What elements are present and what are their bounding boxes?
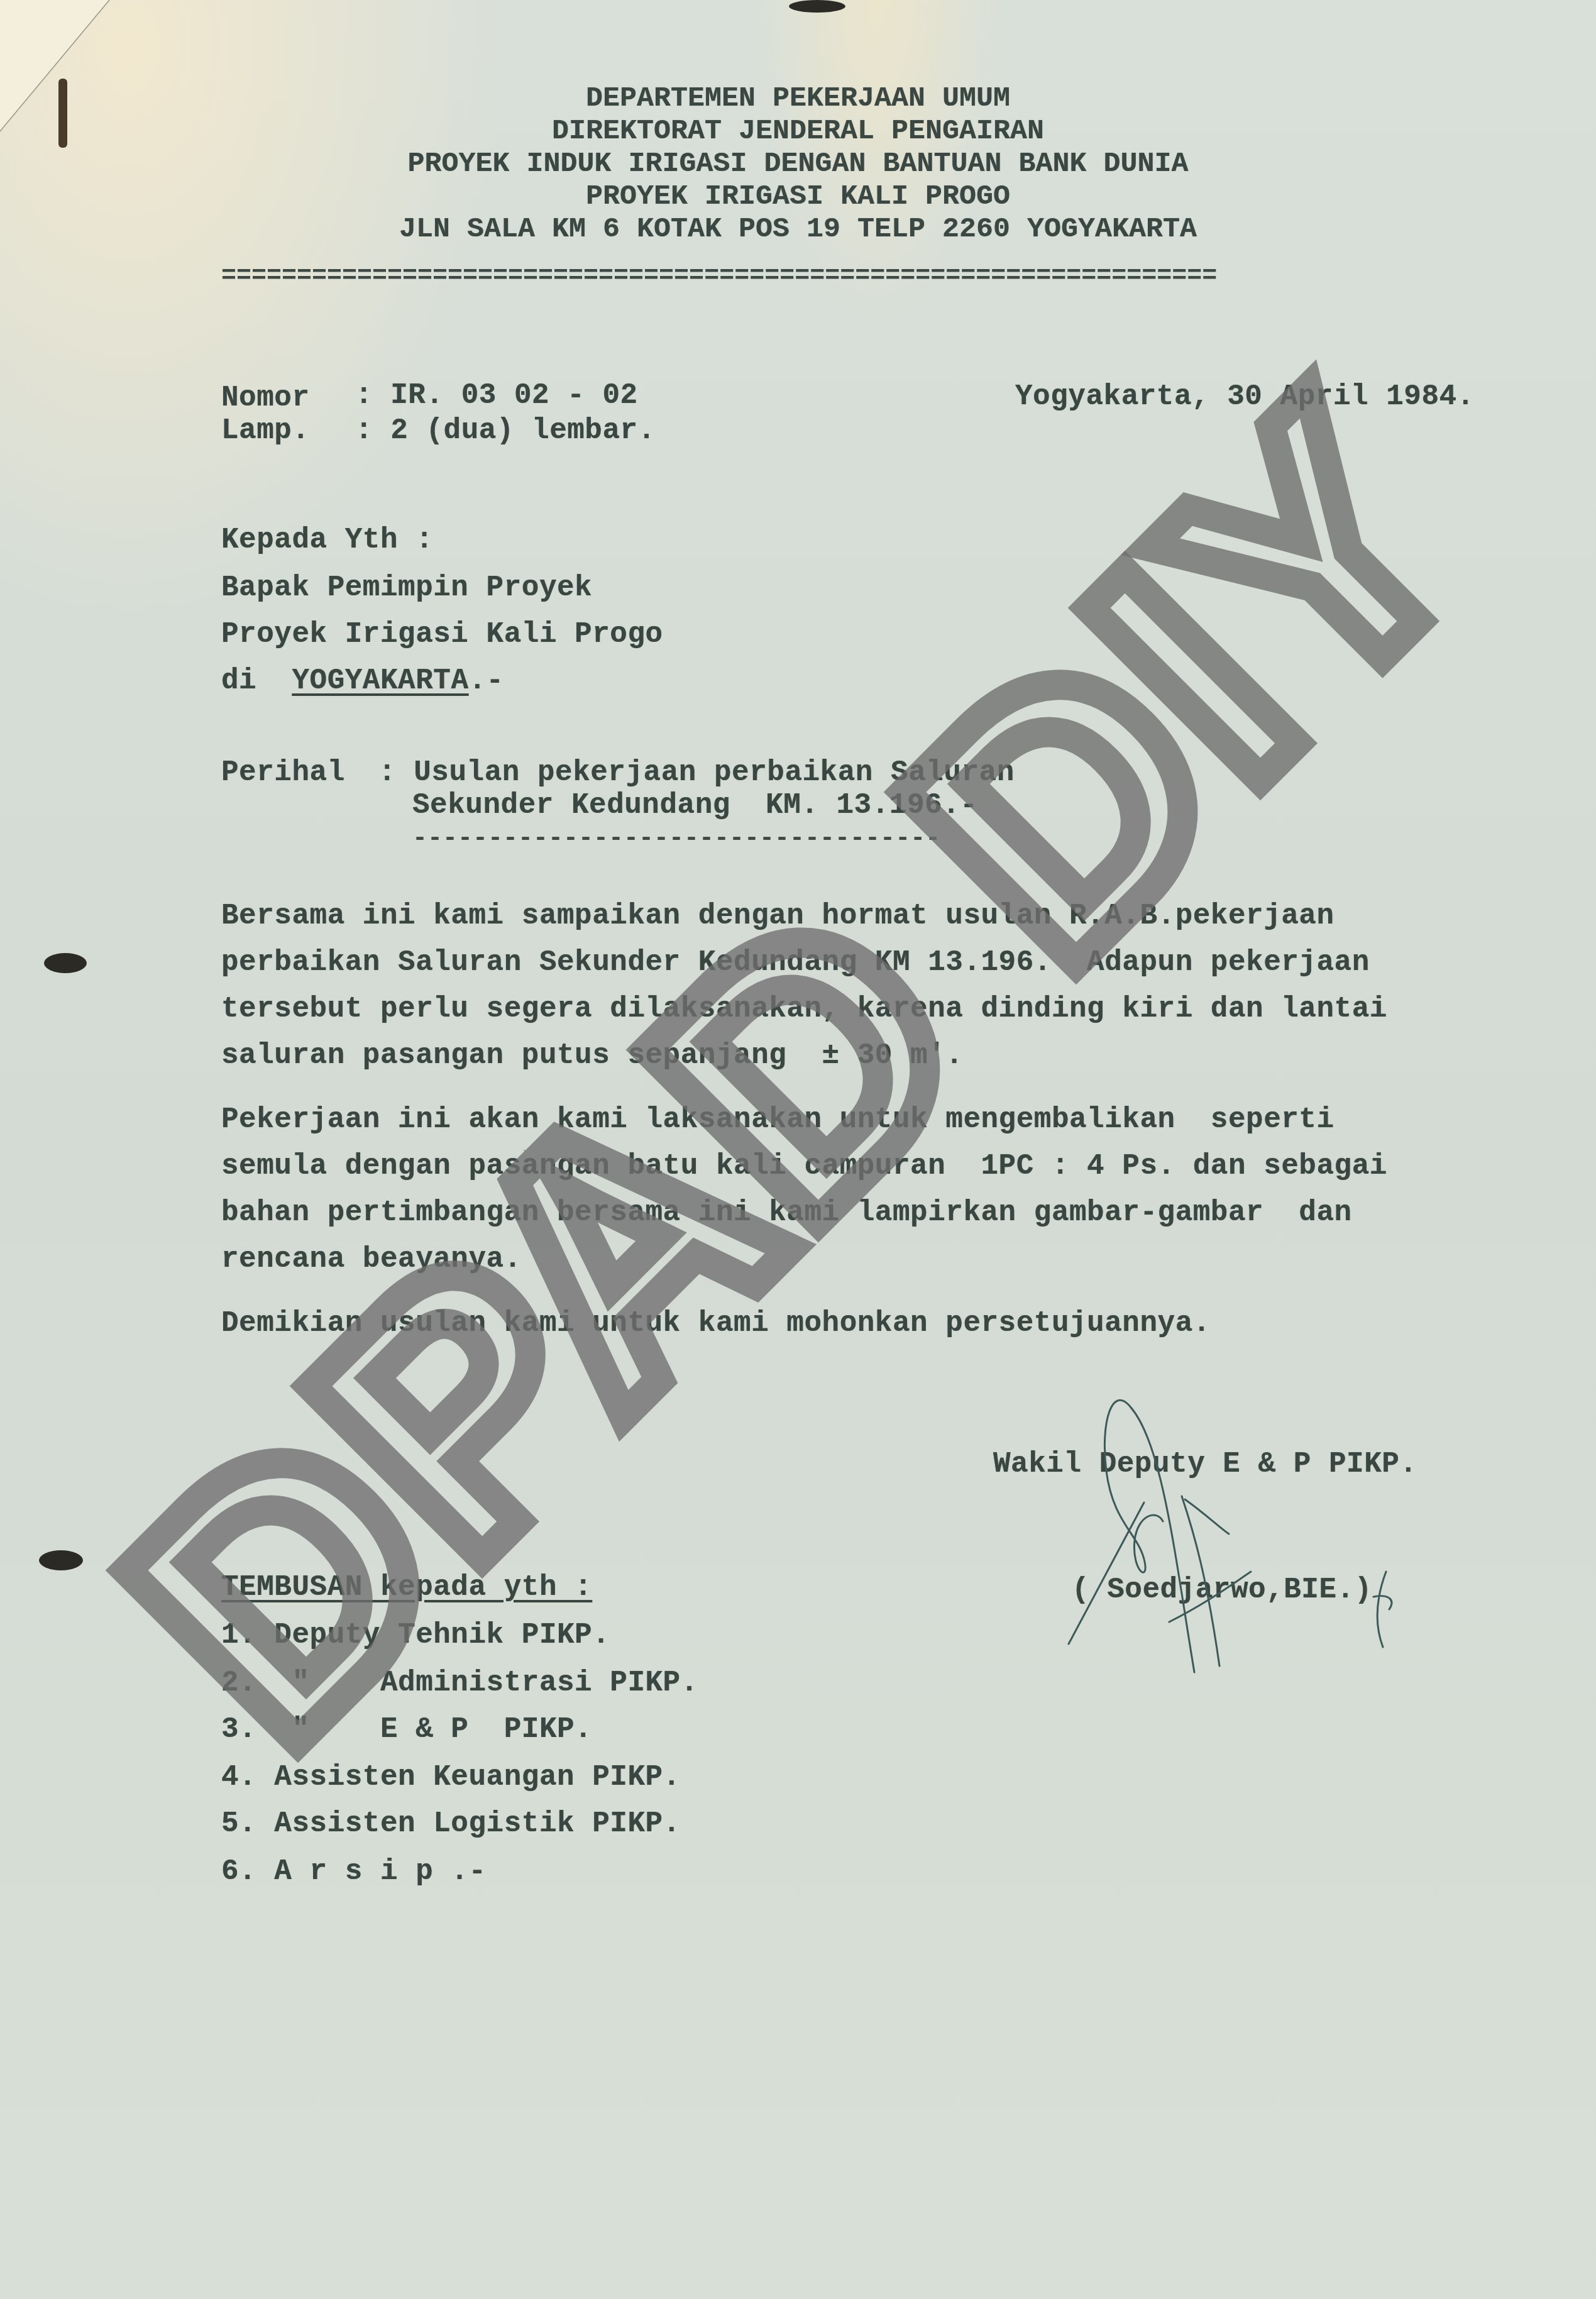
- lampiran-label: Lamp.: [221, 416, 310, 445]
- letterhead-rule: ========================================…: [221, 263, 1416, 291]
- copies-heading: TEMBUSAN kepada yth :: [221, 1573, 592, 1602]
- subject-line-1: : Usulan pekerjaan perbaikan Saluran: [378, 758, 1015, 787]
- body-para2-line-4: rencana beayanya.: [221, 1245, 522, 1274]
- recipient-city-suffix: .-: [468, 664, 504, 697]
- ink-blot: [789, 0, 845, 13]
- document-page: DEPARTEMEN PEKERJAAN UMUM DIREKTORAT JEN…: [0, 0, 1596, 2299]
- copies-item-1: 1. Deputy Tehnik PIKP.: [221, 1621, 610, 1650]
- copies-item-6: 6. A r s i p .-: [221, 1857, 487, 1886]
- letterhead-line-5: JLN SALA KM 6 KOTAK POS 19 TELP 2260 YOG…: [0, 215, 1596, 243]
- body-para2-line-3: bahan pertimbangan bersama ini kami lamp…: [221, 1198, 1352, 1227]
- copies-item-4: 4. Assisten Keuangan PIKP.: [221, 1763, 681, 1792]
- recipient-line-1: Bapak Pemimpin Proyek: [221, 573, 592, 602]
- body-para1-line-2: perbaikan Saluran Sekunder Kedundang KM …: [221, 948, 1370, 977]
- body-para1-line-3: tersebut perlu segera dilaksanakan, kare…: [221, 995, 1387, 1023]
- recipient-city-line: di YOGYAKARTA.-: [221, 666, 504, 695]
- recipient-salutation: Kepada Yth :: [221, 526, 433, 554]
- recipient-line-2: Proyek Irigasi Kali Progo: [221, 620, 663, 649]
- signatory-title: Wakil Deputy E & P PIKP.: [993, 1450, 1417, 1479]
- recipient-city: YOGYAKARTA: [292, 664, 468, 697]
- letterhead-line-1: DEPARTEMEN PEKERJAAN UMUM: [0, 84, 1596, 113]
- punch-hole-top: [44, 953, 87, 973]
- copies-item-3: 3. " E & P PIKP.: [221, 1715, 592, 1744]
- subject-label: Perihal: [221, 758, 345, 787]
- letterhead-line-3: PROYEK INDUK IRIGASI DENGAN BANTUAN BANK…: [0, 150, 1596, 178]
- nomor-label: Nomor: [221, 383, 310, 412]
- handwritten-signature: [1018, 1370, 1521, 1685]
- punch-hole-bottom: [39, 1550, 83, 1570]
- body-para2-line-1: Pekerjaan ini akan kami laksanakan untuk…: [221, 1105, 1335, 1134]
- nomor-value: : IR. 03 02 - 02: [355, 381, 638, 410]
- signatory-name: ( Soedjarwo,BIE.): [1072, 1575, 1372, 1604]
- subject-line-2: Sekunder Kedundang KM. 13.196.-: [412, 791, 977, 820]
- letterhead-line-4: PROYEK IRIGASI KALI PROGO: [0, 182, 1596, 211]
- letterhead-line-2: DIREKTORAT JENDERAL PENGAIRAN: [0, 117, 1596, 145]
- body-para1-line-4: saluran pasangan putus sepanjang ± 30 m'…: [221, 1041, 963, 1070]
- subject-rule: -----------------------------------: [412, 825, 1054, 853]
- lampiran-value: : 2 (dua) lembar.: [355, 416, 656, 445]
- recipient-city-prefix: di: [221, 664, 256, 697]
- body-para2-line-2: semula dengan pasangan batu kali campura…: [221, 1152, 1387, 1181]
- copies-item-5: 5. Assisten Logistik PIKP.: [221, 1809, 681, 1838]
- body-closing: Demikian usulan kami untuk kami mohonkan…: [221, 1309, 1211, 1338]
- body-para1-line-1: Bersama ini kami sampaikan dengan hormat…: [221, 901, 1335, 930]
- place-date: Yogyakarta, 30 April 1984.: [1015, 382, 1475, 411]
- copies-item-2: 2. " Administrasi PIKP.: [221, 1668, 698, 1697]
